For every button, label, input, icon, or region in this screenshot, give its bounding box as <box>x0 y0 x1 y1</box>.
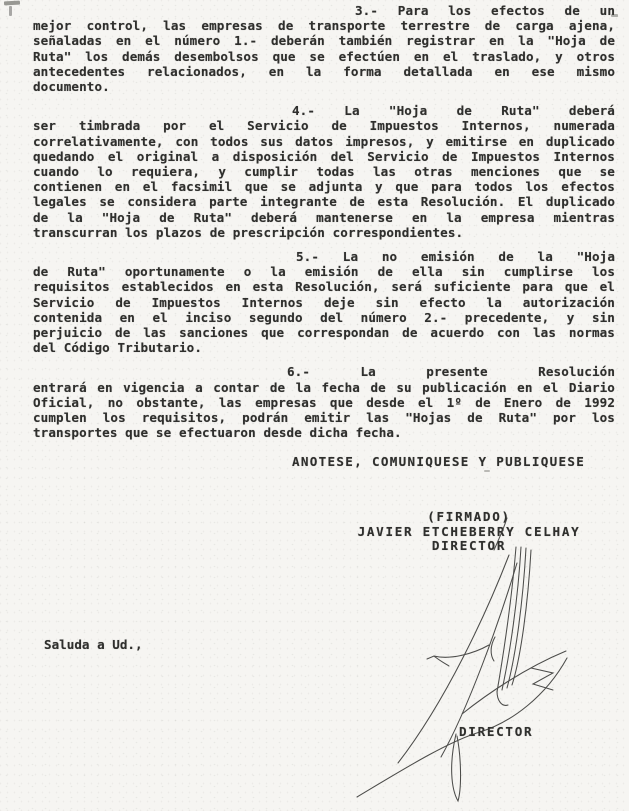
text-line: entrará en vigencia a contar de la fecha… <box>33 380 615 395</box>
text-line: Oficial, no obstante, las empresas que d… <box>33 395 615 410</box>
signature-stroke <box>434 656 449 666</box>
signature-stroke <box>531 668 553 690</box>
paragraph-5: 5.- La no emisión de la "Hoja de Ruta" o… <box>33 249 615 355</box>
text-line: 4.- La "Hoja de Ruta" deberá <box>33 103 615 118</box>
paragraph-6: 6.- La presente Resolución entrará en vi… <box>33 364 615 440</box>
text-line: transcurran los plazos de prescripción c… <box>33 225 615 240</box>
signature-stamp-label: (FIRMADO) <box>352 510 586 525</box>
text-line: 3.- Para los efectos de un <box>33 3 615 18</box>
text-line: de Ruta" oportunamente o la emisión de e… <box>33 264 615 279</box>
signature-stroke <box>491 637 495 661</box>
signatory-name: JAVIER ETCHEBERRY CELHAY <box>352 525 586 540</box>
text-line: legales se considera parte integrante de… <box>33 194 615 209</box>
text-line: transportes que se efectuaron desde dich… <box>33 425 615 440</box>
signature-block: (FIRMADO) JAVIER ETCHEBERRY CELHAY DIREC… <box>352 510 586 554</box>
signature-stroke <box>497 547 516 692</box>
closing-order-line: ANOTESE, COMUNIQUESE Y PUBLIQUESE <box>292 454 585 469</box>
signature-stroke <box>452 734 461 801</box>
text-line: Ruta" los demás desembolsos que se efect… <box>33 49 615 64</box>
document-body: 3.- Para los efectos de un mejor control… <box>33 3 615 449</box>
signatory-title: DIRECTOR <box>352 539 586 554</box>
text-line: del Código Tributario. <box>33 340 615 355</box>
signature-stroke <box>462 651 566 714</box>
text-line: contenida en el inciso segundo del númer… <box>33 310 615 325</box>
text-line: perjuicio de las sanciones que correspon… <box>33 325 615 340</box>
text-line: cumplen los requisitos, podrán emitir la… <box>33 410 615 425</box>
signature-stroke <box>507 548 526 688</box>
text-line: señaladas en el número 1.- deberán tambi… <box>33 33 615 48</box>
text-line: cuando lo requiera, y cumplir todas las … <box>33 164 615 179</box>
text-line: antecedentes relacionados, en la forma d… <box>33 64 615 79</box>
text-line: quedando el original a disposición del S… <box>33 149 615 164</box>
text-line: de la "Hoja de Ruta" deberá mantenerse e… <box>33 210 615 225</box>
text-line: contienen en el facsimil que se adjunta … <box>33 179 615 194</box>
text-line: correlativamente, con todos sus datos im… <box>33 134 615 149</box>
text-line: ser timbrada por el Servicio de Impuesto… <box>33 118 615 133</box>
paragraph-3: 3.- Para los efectos de un mejor control… <box>33 3 615 94</box>
scan-artifact <box>4 1 20 6</box>
text-line: Servicio de Impuestos Internos deje sin … <box>33 295 615 310</box>
director-label: DIRECTOR <box>459 724 533 739</box>
signature-stroke <box>427 645 489 659</box>
salutation-line: Saluda a Ud., <box>44 637 143 652</box>
signature-stroke <box>502 547 521 690</box>
signature-stroke <box>512 550 531 685</box>
paragraph-4: 4.- La "Hoja de Ruta" deberá ser timbrad… <box>33 103 615 240</box>
text-line: documento. <box>33 79 615 94</box>
text-line: 6.- La presente Resolución <box>33 364 615 379</box>
scan-artifact <box>484 470 490 472</box>
signature-stroke <box>497 691 508 705</box>
scan-artifact <box>9 6 12 16</box>
scan-artifact <box>611 14 618 17</box>
text-line: mejor control, las empresas de transport… <box>33 18 615 33</box>
text-line: requisitos establecidos en esta Resoluci… <box>33 279 615 294</box>
text-line: 5.- La no emisión de la "Hoja <box>33 249 615 264</box>
